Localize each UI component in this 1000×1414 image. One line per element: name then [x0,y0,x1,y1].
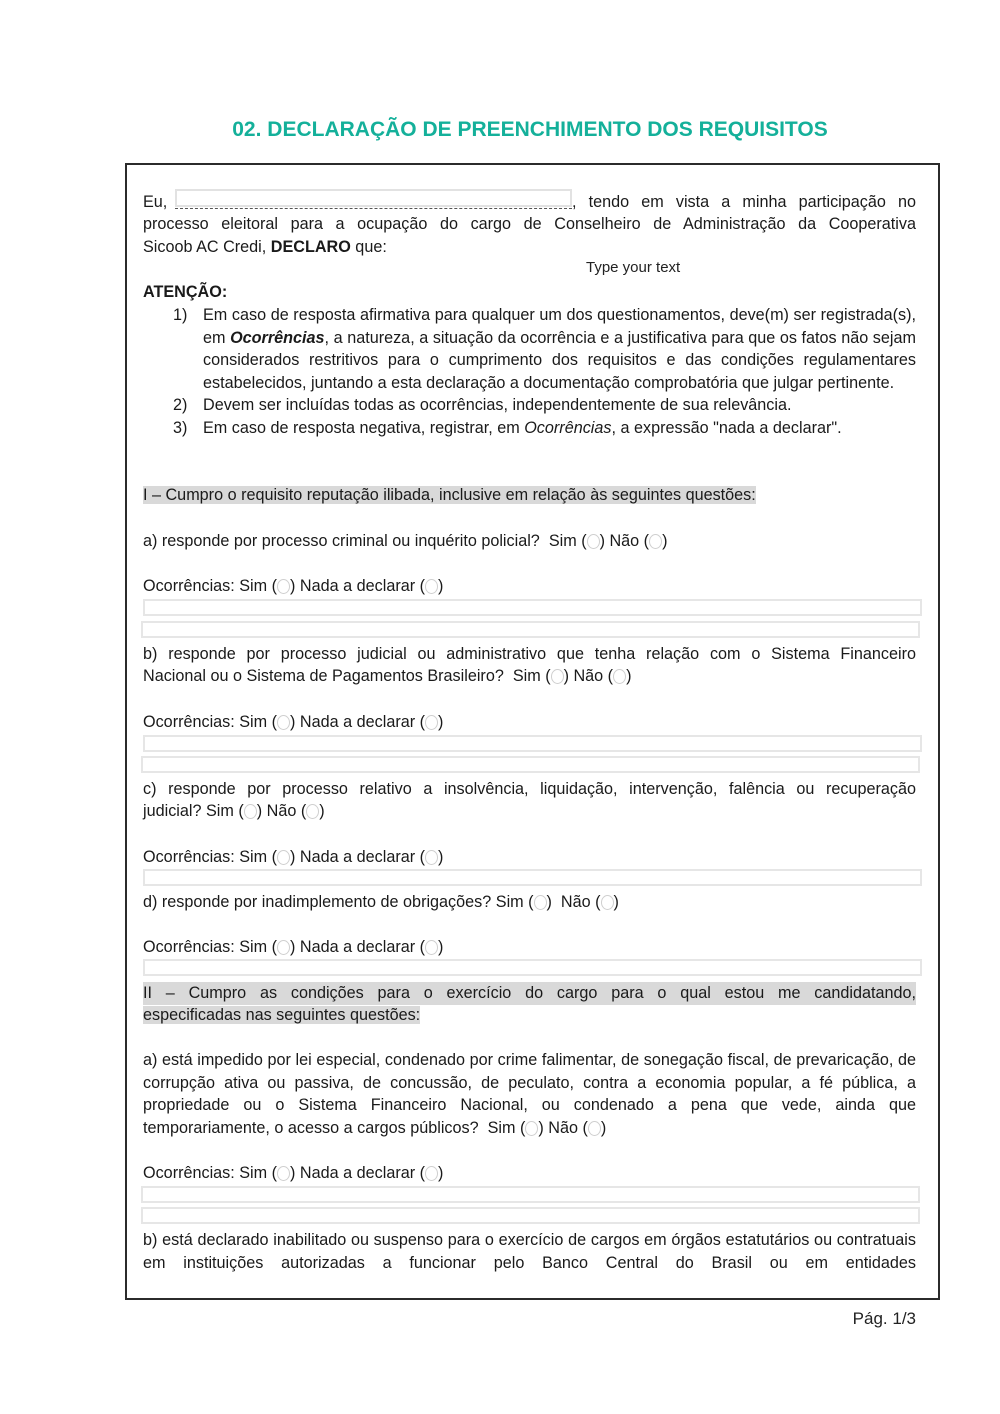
radio-occ-sim[interactable] [277,850,290,865]
attention-heading: ATENÇÃO: [143,281,227,304]
paren: ) [290,577,295,595]
attention-item-3: 3)Em caso de resposta negativa, registra… [173,417,916,440]
radio-sim[interactable] [244,804,257,819]
occurrences-1b: Ocorrências: Sim () Nada a declarar () [143,711,443,734]
paren: ) [626,667,631,685]
paren: ) [564,667,569,685]
item-emphasis: Ocorrências [524,419,611,437]
name-input[interactable] [175,189,572,207]
occurrence-field-1a-2[interactable] [141,621,920,638]
occurrence-field-2a-1[interactable] [141,1186,920,1203]
declaro-bold: DECLARO [271,238,351,256]
radio-nao[interactable] [649,534,662,549]
question-1b-line1: b) responde por processo judicial ou adm… [143,643,916,666]
item-text: , a expressão "nada a declarar". [611,419,841,437]
occ-label: Ocorrências: Sim ( [143,938,277,956]
radio-occ-sim[interactable] [277,940,290,955]
occurrence-field-2a-2[interactable] [141,1207,920,1224]
nada-label: Nada a declarar ( [300,938,425,956]
section-2-heading-line1: II – Cumpro as condições para o exercíci… [143,982,916,1005]
paren: ) [319,802,324,820]
nada-label: Nada a declarar ( [300,713,425,731]
occurrence-field-1a-1[interactable] [143,599,922,616]
paren: ) [601,1119,606,1137]
occ-label: Ocorrências: Sim ( [143,713,277,731]
paren: ) [290,938,295,956]
sim-label: Sim ( [513,667,551,685]
occ-label: Ocorrências: Sim ( [143,1164,277,1182]
paren: ) [290,713,295,731]
section-1-heading: I – Cumpro o requisito reputação ilibada… [143,484,756,507]
paren: ) [438,577,443,595]
item-emphasis: Ocorrências [230,329,324,347]
question-text: Nacional ou o Sistema de Pagamentos Bras… [143,667,504,685]
attention-item-1: 1)Em caso de resposta afirmativa para qu… [173,304,916,394]
paren: ) [538,1119,543,1137]
occurrence-field-1b-1[interactable] [143,735,922,752]
radio-nada[interactable] [425,1166,438,1181]
attention-list: 1)Em caso de resposta afirmativa para qu… [173,304,916,440]
paren: ) [290,1164,295,1182]
intro-after-name: , tendo em vista a minha participação no [572,191,916,214]
question-text: a) responde por processo criminal ou inq… [143,532,540,550]
sim-label: Sim ( [206,802,244,820]
nada-label: Nada a declarar ( [300,848,425,866]
radio-sim[interactable] [551,669,564,684]
nao-label: Não ( [609,532,649,550]
radio-sim[interactable] [587,534,600,549]
radio-sim[interactable] [534,895,547,910]
type-your-text-placeholder[interactable]: Type your text [586,259,680,276]
page-number: Pág. 1/3 [853,1309,916,1329]
paren: ) [662,532,667,550]
occurrences-1a: Ocorrências: Sim () Nada a declarar () [143,575,443,598]
name-underline [175,208,572,209]
section-2-heading-line2: especificadas nas seguintes questões: [143,1004,420,1027]
intro-line-3: Sicoob AC Credi, DECLARO que: [143,236,387,259]
occurrences-1c: Ocorrências: Sim () Nada a declarar () [143,846,443,869]
occ-label: Ocorrências: Sim ( [143,848,277,866]
radio-nao[interactable] [613,669,626,684]
nada-label: Nada a declarar ( [300,577,425,595]
radio-nada[interactable] [425,940,438,955]
question-1d: d) responde por inadimplemento de obriga… [143,891,619,914]
intro-line-3-prefix: Sicoob AC Credi, [143,238,271,256]
paren: ) [614,893,619,911]
radio-nao[interactable] [588,1121,601,1136]
section-1-heading-text: I – Cumpro o requisito reputação ilibada… [143,486,756,504]
intro-line-2: processo eleitoral para a ocupação do ca… [143,213,916,236]
question-2b: b) está declarado inabilitado ou suspens… [143,1229,916,1274]
question-text: judicial? [143,802,202,820]
sim-label: Sim ( [549,532,587,550]
radio-occ-sim[interactable] [277,1166,290,1181]
radio-nada[interactable] [425,579,438,594]
nada-label: Nada a declarar ( [300,1164,425,1182]
paren: ) [438,848,443,866]
page-title: 02. DECLARAÇÃO DE PREENCHIMENTO DOS REQU… [0,118,1000,142]
occurrences-1d: Ocorrências: Sim () Nada a declarar () [143,936,443,959]
paren: ) [547,893,552,911]
question-1a: a) responde por processo criminal ou inq… [143,530,667,553]
attention-item-2: 2)Devem ser incluídas todas as ocorrênci… [173,394,916,417]
paren: ) [600,532,605,550]
occurrence-field-1d[interactable] [143,959,922,976]
nao-label: Não ( [267,802,307,820]
question-1b-line2: Nacional ou o Sistema de Pagamentos Bras… [143,665,631,688]
radio-occ-sim[interactable] [277,579,290,594]
item-number: 2) [173,394,187,417]
radio-sim[interactable] [525,1121,538,1136]
nao-label: Não ( [561,893,601,911]
radio-occ-sim[interactable] [277,715,290,730]
sim-label: Sim ( [488,1119,526,1137]
paren: ) [438,1164,443,1182]
paren: ) [257,802,262,820]
radio-nada[interactable] [425,715,438,730]
occurrence-field-1c[interactable] [143,869,922,886]
paren: ) [438,938,443,956]
occurrence-field-1b-2[interactable] [141,756,920,773]
occurrences-2a: Ocorrências: Sim () Nada a declarar () [143,1162,443,1185]
item-number: 3) [173,417,187,440]
sim-label: Sim ( [496,893,534,911]
item-number: 1) [173,304,187,327]
nao-label: Não ( [573,667,613,685]
intro-prefix: Eu, [143,191,167,214]
section-2-heading-text: especificadas nas seguintes questões: [143,1006,420,1024]
intro-line-3-suffix: que: [351,238,387,256]
occ-label: Ocorrências: Sim ( [143,577,277,595]
radio-nao[interactable] [306,804,319,819]
question-2a: a) está impedido por lei especial, conde… [143,1049,916,1139]
question-1c-line2: judicial? Sim () Não () [143,800,325,823]
question-text: d) responde por inadimplemento de obriga… [143,893,491,911]
question-1c-line1: c) responde por processo relativo a inso… [143,778,916,801]
item-text: Devem ser incluídas todas as ocorrências… [203,396,792,414]
radio-nada[interactable] [425,850,438,865]
paren: ) [438,713,443,731]
nao-label: Não ( [548,1119,588,1137]
item-text: Em caso de resposta negativa, registrar,… [203,419,524,437]
paren: ) [290,848,295,866]
radio-nao[interactable] [601,895,614,910]
